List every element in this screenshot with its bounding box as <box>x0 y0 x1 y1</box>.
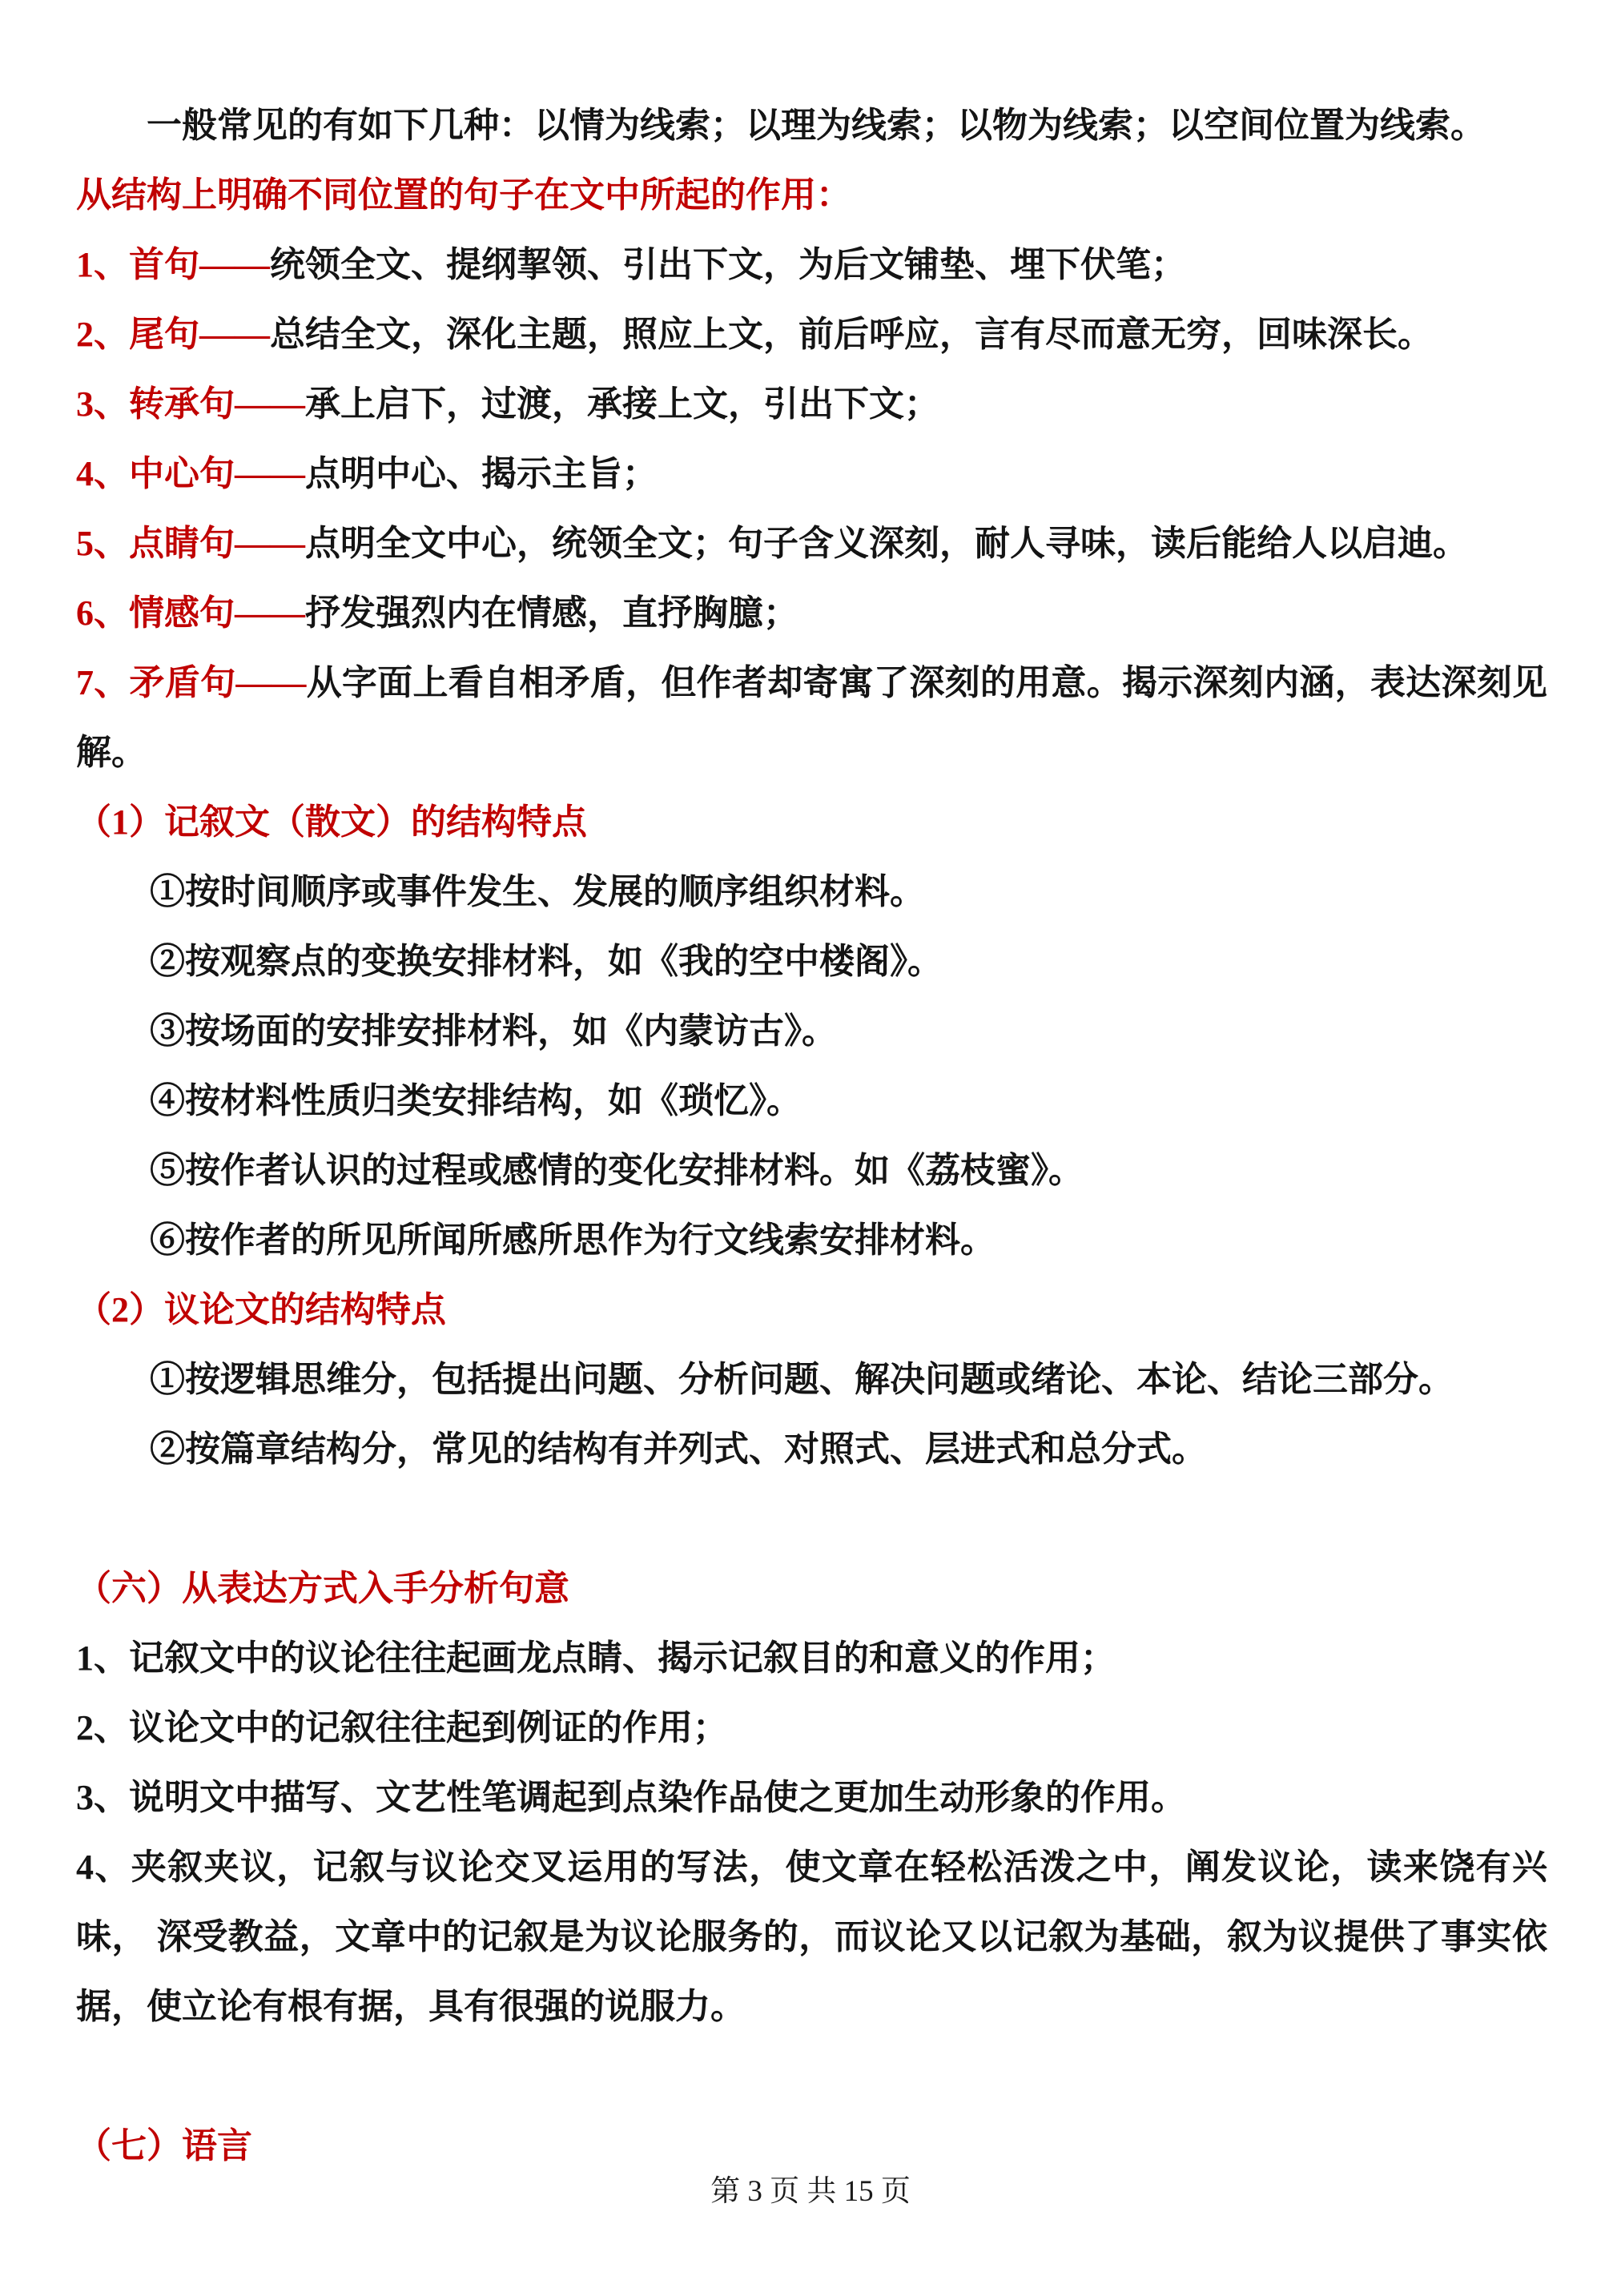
sentence-item-2-label: 2、尾句—— <box>76 315 270 354</box>
section1-point-5: ⑤按作者认识的过程或感情的变化安排材料。如《荔枝蜜》。 <box>150 1136 1547 1205</box>
sentence-item-5: 5、点睛句——点明全文中心，统领全文；句子含义深刻，耐人寻味，读后能给人以启迪。 <box>76 509 1547 578</box>
section6-point-3: 3、说明文中描写、文艺性笔调起到点染作品使之更加生动形象的作用。 <box>76 1763 1547 1832</box>
sentence-item-1-desc: 统领全文、提纲挈领、引出下文，为后文铺垫、埋下伏笔； <box>270 245 1186 284</box>
sentence-item-5-label: 5、点睛句—— <box>76 524 305 563</box>
sentence-item-2-desc: 总结全文，深化主题，照应上文，前后呼应，言有尽而意无穷，回味深长。 <box>270 315 1433 354</box>
section2-point-1: ①按逻辑思维分，包括提出问题、分析问题、解决问题或绪论、本论、结论三部分。 <box>150 1345 1547 1414</box>
structure-heading: 从结构上明确不同位置的句子在文中所起的作用： <box>76 160 1547 230</box>
sentence-item-4: 4、中心句——点明中心、揭示主旨； <box>76 439 1547 509</box>
sentence-item-4-label: 4、中心句—— <box>76 454 305 493</box>
sentence-item-3-desc: 承上启下，过渡，承接上文，引出下文； <box>305 384 939 424</box>
sentence-item-5-desc: 点明全文中心，统领全文；句子含义深刻，耐人寻味，读后能给人以启迪。 <box>305 524 1468 563</box>
sentence-item-1-label: 1、首句—— <box>76 245 270 284</box>
section1-point-3: ③按场面的安排安排材料，如《内蒙访古》。 <box>150 996 1547 1066</box>
section1-point-6: ⑥按作者的所见所闻所感所思作为行文线索安排材料。 <box>150 1205 1547 1275</box>
sentence-item-4-desc: 点明中心、揭示主旨； <box>305 454 658 493</box>
section1-point-1: ①按时间顺序或事件发生、发展的顺序组织材料。 <box>150 857 1547 927</box>
sentence-item-3-label: 3、转承句—— <box>76 384 305 424</box>
sentence-item-7-label: 7、矛盾句—— <box>76 663 306 702</box>
section6-point-1: 1、记叙文中的议论往往起画龙点睛、揭示记叙目的和意义的作用； <box>76 1623 1547 1693</box>
section2-point-2: ②按篇章结构分，常见的结构有并列式、对照式、层进式和总分式。 <box>150 1414 1547 1484</box>
sentence-item-6-desc: 抒发强烈内在情感，直抒胸臆； <box>305 593 798 633</box>
page-footer: 第 3 页 共 15 页 <box>0 2174 1621 2210</box>
section6-point-4: 4、夹叙夹议，记叙与议论交叉运用的写法，使文章在轻松活泼之中，阐发议论，读来饶有… <box>76 1832 1547 2041</box>
sentence-item-6: 6、情感句——抒发强烈内在情感，直抒胸臆； <box>76 578 1547 648</box>
section2-heading: （2）议论文的结构特点 <box>76 1275 1547 1345</box>
section7-heading: （七）语言 <box>76 2111 1547 2181</box>
sentence-item-7: 7、矛盾句——从字面上看自相矛盾，但作者却寄寓了深刻的用意。揭示深刻内涵，表达深… <box>76 648 1547 787</box>
sentence-item-3: 3、转承句——承上启下，过渡，承接上文，引出下文； <box>76 369 1547 439</box>
sentence-item-2: 2、尾句——总结全文，深化主题，照应上文，前后呼应，言有尽而意无穷，回味深长。 <box>76 300 1547 369</box>
document-page: 一般常见的有如下几种：以情为线索；以理为线索；以物为线索；以空间位置为线索。 从… <box>0 0 1621 2181</box>
sentence-item-1: 1、首句——统领全文、提纲挈领、引出下文，为后文铺垫、埋下伏笔； <box>76 230 1547 300</box>
sentence-item-6-label: 6、情感句—— <box>76 593 305 633</box>
blank-line <box>76 2041 1547 2111</box>
blank-line <box>76 1484 1547 1554</box>
section6-heading: （六）从表达方式入手分析句意 <box>76 1554 1547 1623</box>
section1-heading: （1）记叙文（散文）的结构特点 <box>76 787 1547 857</box>
intro-paragraph: 一般常见的有如下几种：以情为线索；以理为线索；以物为线索；以空间位置为线索。 <box>76 90 1547 160</box>
section1-point-2: ②按观察点的变换安排材料，如《我的空中楼阁》。 <box>150 927 1547 996</box>
section1-point-4: ④按材料性质归类安排结构，如《琐忆》。 <box>150 1066 1547 1136</box>
section6-point-2: 2、议论文中的记叙往往起到例证的作用； <box>76 1693 1547 1763</box>
